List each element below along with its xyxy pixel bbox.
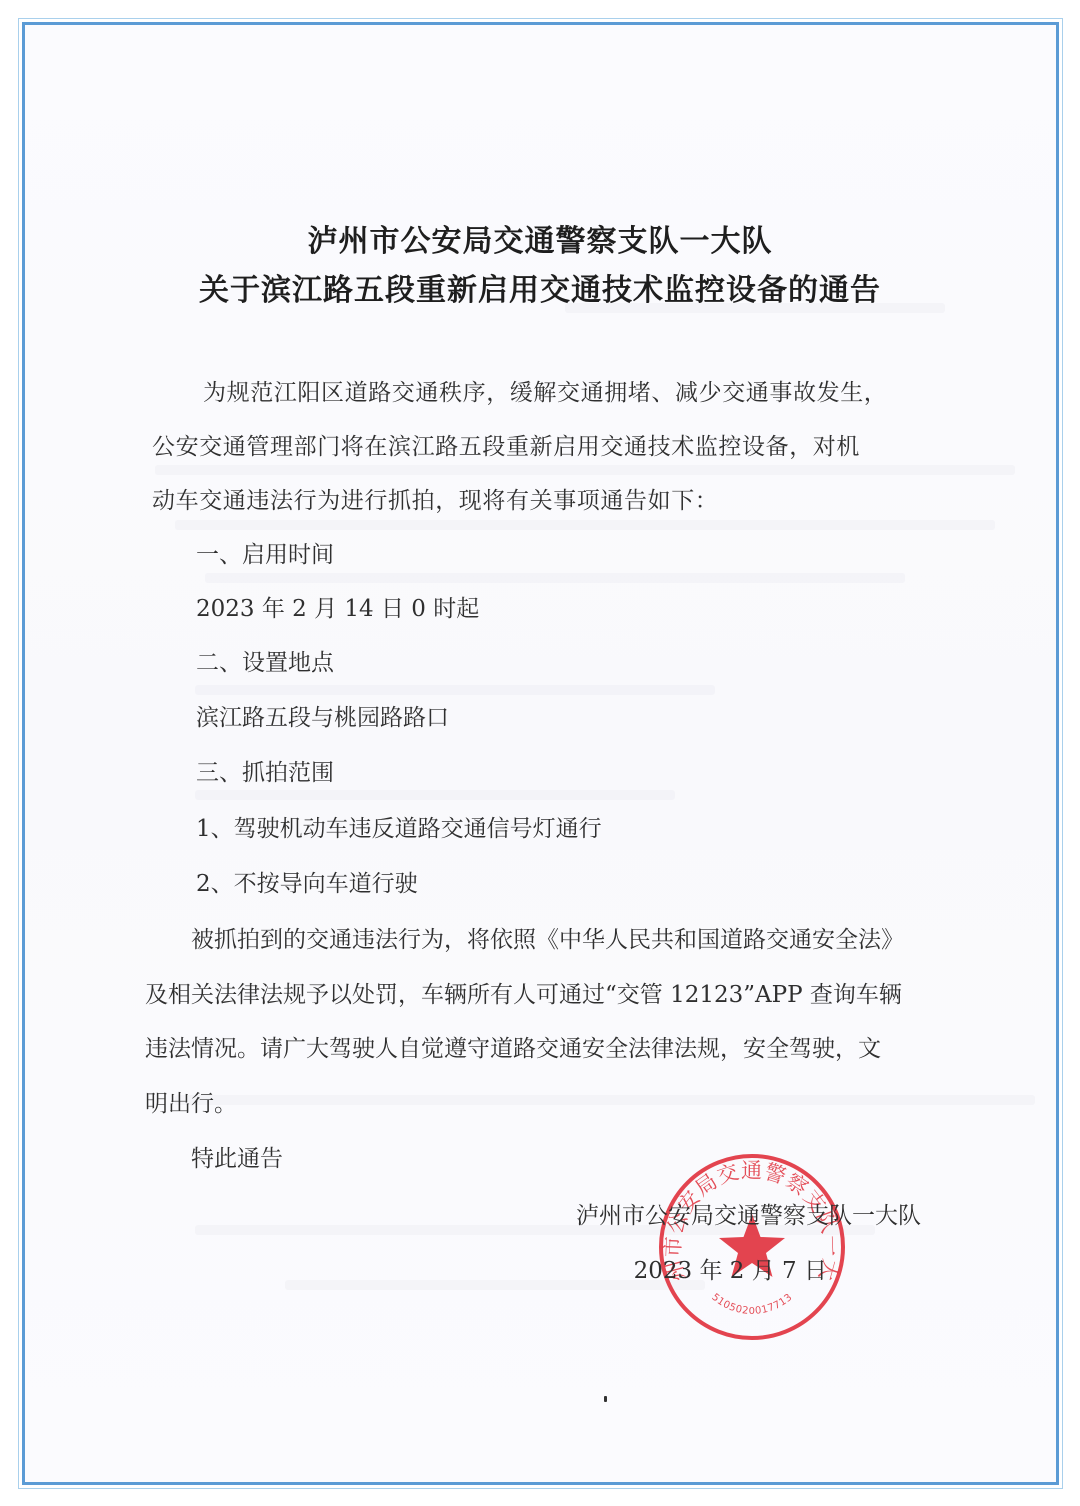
closing-line-2: 及相关法律法规予以处罚，车辆所有人可通过“交管 12123”APP 查询车辆	[145, 980, 902, 1010]
bleed-through-mark	[175, 1095, 1035, 1105]
intro-line-2: 公安交通管理部门将在滨江路五段重新启用交通技术监控设备，对机	[152, 432, 860, 462]
bleed-through-mark	[175, 520, 995, 530]
section-heading-2: 二、设置地点	[196, 648, 334, 678]
section-content-1: 2023 年 2 月 14 日 0 时起	[196, 594, 479, 624]
bleed-through-mark	[195, 790, 675, 800]
bleed-through-mark	[205, 573, 905, 583]
official-seal: 泸州市公安局交通警察支队一大队 5105020017713	[657, 1152, 847, 1342]
document-title-line1: 泸州市公安局交通警察支队一大队	[0, 216, 1080, 260]
section-content-3-item-1: 1、驾驶机动车违反道路交通信号灯通行	[196, 814, 602, 844]
section-heading-1: 一、启用时间	[196, 540, 334, 570]
ink-speck	[604, 1396, 607, 1402]
closing-line-1: 被抓拍到的交通违法行为，将依照《中华人民共和国道路交通安全法》	[191, 925, 904, 955]
section-heading-3: 三、抓拍范围	[196, 758, 334, 788]
seal-code: 5105020017713	[709, 1292, 794, 1317]
bleed-through-mark	[155, 465, 1015, 475]
closing-line-3: 违法情况。请广大驾驶人自觉遵守道路交通安全法律法规，安全驾驶，文	[145, 1034, 881, 1064]
intro-line-3: 动车交通违法行为进行抓拍，现将有关事项通告如下：	[152, 486, 718, 516]
section-content-3-item-2: 2、不按导向车道行驶	[196, 869, 418, 899]
signature-organization: 泸州市公安局交通警察支队一大队	[540, 1201, 921, 1231]
notice-end: 特此通告	[191, 1144, 283, 1174]
svg-text:5105020017713: 5105020017713	[709, 1292, 794, 1317]
intro-line-1: 为规范江阳区道路交通秩序，缓解交通拥堵、减少交通事故发生，	[203, 378, 887, 408]
section-content-2: 滨江路五段与桃园路路口	[196, 703, 449, 733]
bleed-through-mark	[195, 685, 715, 695]
closing-line-4: 明出行。	[145, 1089, 237, 1119]
document-title-line2: 关于滨江路五段重新启用交通技术监控设备的通告	[0, 265, 1080, 309]
signature-date: 2023 年 2 月 7 日	[600, 1256, 827, 1286]
